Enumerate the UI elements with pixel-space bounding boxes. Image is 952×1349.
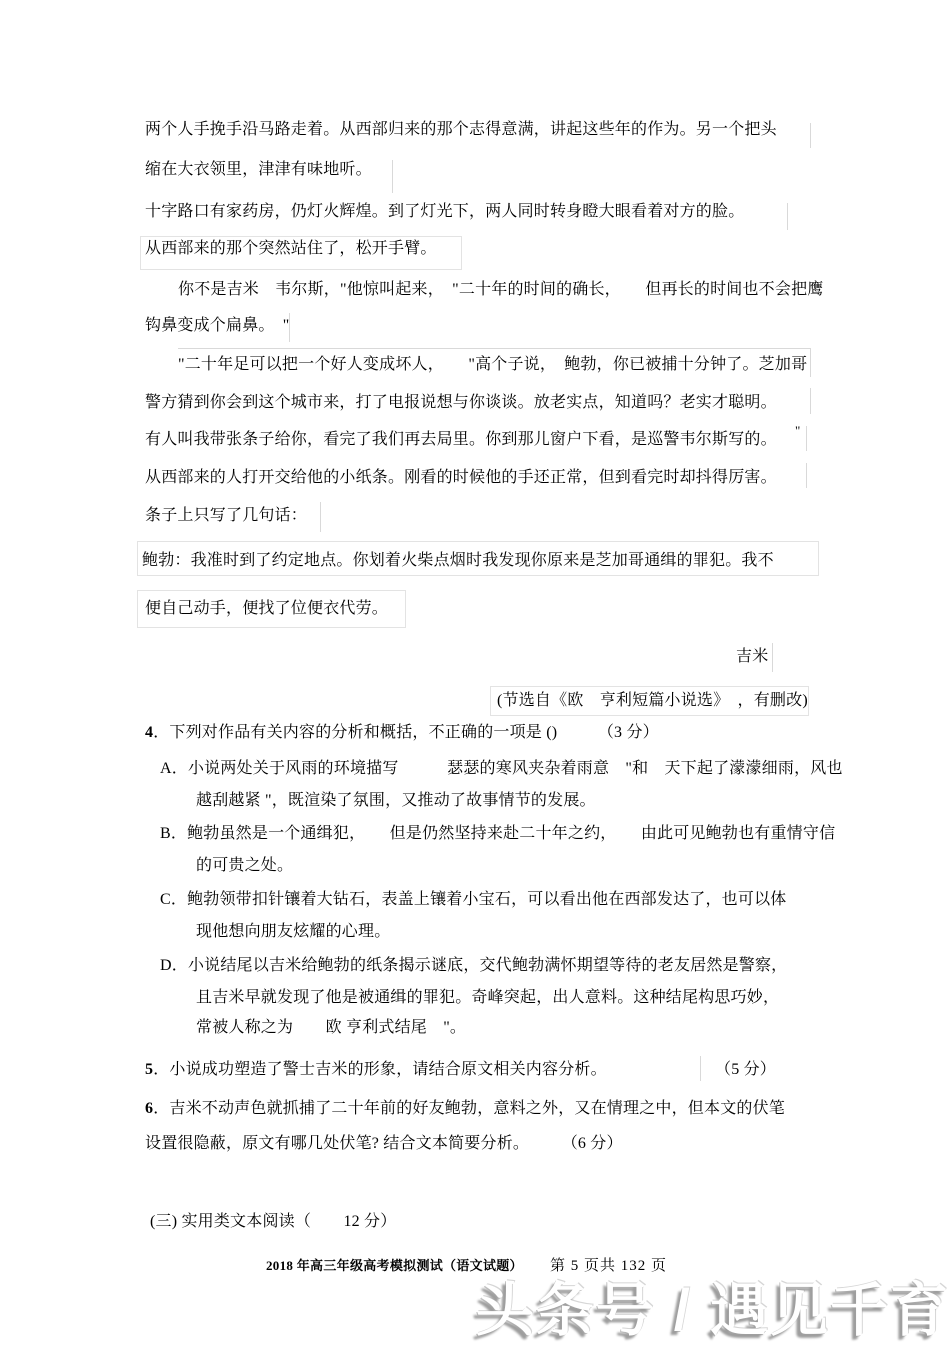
text-line: 设置很隐蔽，原文有哪几处伏笔? 结合文本简要分析。 （6 分） (145, 1134, 623, 1153)
text-line: 4．下列对作品有关内容的分析和概括，不正确的一项是 () （3 分） (145, 723, 659, 742)
text-line: 吉米 (736, 647, 768, 666)
highlight-mark (810, 123, 811, 148)
highlight-mark (806, 463, 807, 488)
text-line: 越刮越紧 "，既渲染了氛围，又推动了故事情节的发展。 (196, 791, 596, 810)
highlight-mark (806, 426, 807, 451)
text-line: 两个人手挽手沿马路走着。从西部归来的那个志得意满，讲起这些年的作为。另一个把头 (145, 120, 777, 139)
text-line: 5．小说成功塑造了警士吉米的形象，请结合原文相关内容分析。 (145, 1060, 607, 1079)
highlight-mark (392, 160, 393, 193)
highlight-mark (810, 349, 811, 377)
text-line: 条子上只写了几句话： (145, 506, 307, 525)
text-line: 十字路口有家药房，仍灯火辉煌。到了灯光下，两人同时转身瞪大眼看着对方的脸。 (145, 202, 744, 221)
exam-paper-page: 两个人手挽手沿马路走着。从西部归来的那个志得意满，讲起这些年的作为。另一个把头缩… (0, 0, 952, 1349)
text-line: 现他想向朋友炫耀的心理。 (196, 922, 390, 941)
text-line: 有人叫我带张条子给你，看完了我们再去局里。你到那儿窗户下看，是巡警韦尔斯写的。 (145, 430, 777, 449)
text-line: 警方猜到你会到这个城市来，打了电报说想与你谈谈。放老实点，知道吗？老实才聪明。 (145, 393, 777, 412)
text-line: 6．吉米不动声色就抓捕了二十年前的好友鲍勃，意料之外，又在情理之中，但本文的伏笔 (145, 1099, 785, 1118)
text-line: 常被人称之为 欧 亨利式结尾 "。 (196, 1018, 466, 1037)
highlight-mark (178, 348, 811, 349)
watermark-toutiao-logo: 头条号 / 遇见千育 (476, 1263, 950, 1347)
text-line: （5 分） (715, 1060, 776, 1079)
text-line: 缩在大衣领里，津津有味地听。 (145, 160, 372, 179)
text-line: D．小说结尾以吉米给鲍勃的纸条揭示谜底，交代鲍勃满怀期望等待的老友居然是警察， (160, 956, 787, 975)
text-line: " (795, 423, 801, 439)
text-line: "二十年足可以把一个好人变成坏人， "高个子说， 鲍勃，你已被捕十分钟了。芝加哥 (178, 355, 807, 374)
text-line: 鲍勃：我准时到了约定地点。你划着火柴点烟时我发现你原来是芝加哥通缉的罪犯。我不 (142, 551, 774, 570)
text-line: 你不是吉米 韦尔斯，"他惊叫起来， "二十年的时间的确长， 但再长的时间也不会把… (178, 280, 823, 299)
text-line: B．鲍勃虽然是一个通缉犯， 但是仍然坚持来赴二十年之约， 由此可见鲍勃也有重情守… (160, 824, 835, 843)
text-line: 从西部来的人打开交给他的小纸条。刚看的时候他的手还正常，但到看完时却抖得厉害。 (145, 468, 777, 487)
highlight-mark (810, 388, 811, 414)
highlight-mark (772, 643, 773, 672)
text-line: (三) 实用类文本阅读（ 12 分） (150, 1212, 396, 1231)
text-line: C．鲍勃领带扣针镶着大钻石，表盖上镶着小宝石，可以看出他在西部发达了，也可以体 (160, 890, 786, 909)
text-line: (节选自《欧 亨利短篇小说选》 ，有删改) (497, 691, 808, 710)
highlight-mark (320, 502, 321, 532)
text-line: 的可贵之处。 (196, 856, 293, 875)
text-line: A．小说两处关于风雨的环境描写 瑟瑟的寒风夹杂着雨意 "和 天下起了濛濛细雨，风… (160, 759, 843, 778)
text-line: 钩鼻变成个扁鼻。 " (145, 316, 290, 335)
text-line: 便自己动手，便找了位便衣代劳。 (145, 599, 388, 618)
text-line: 从西部来的那个突然站住了，松开手臂。 (145, 239, 437, 258)
highlight-mark (787, 203, 788, 230)
text-line: 且吉米早就发现了他是被通缉的罪犯。奇峰突起，出人意料。这种结尾构思巧妙， (196, 988, 779, 1007)
highlight-mark (700, 1056, 701, 1081)
